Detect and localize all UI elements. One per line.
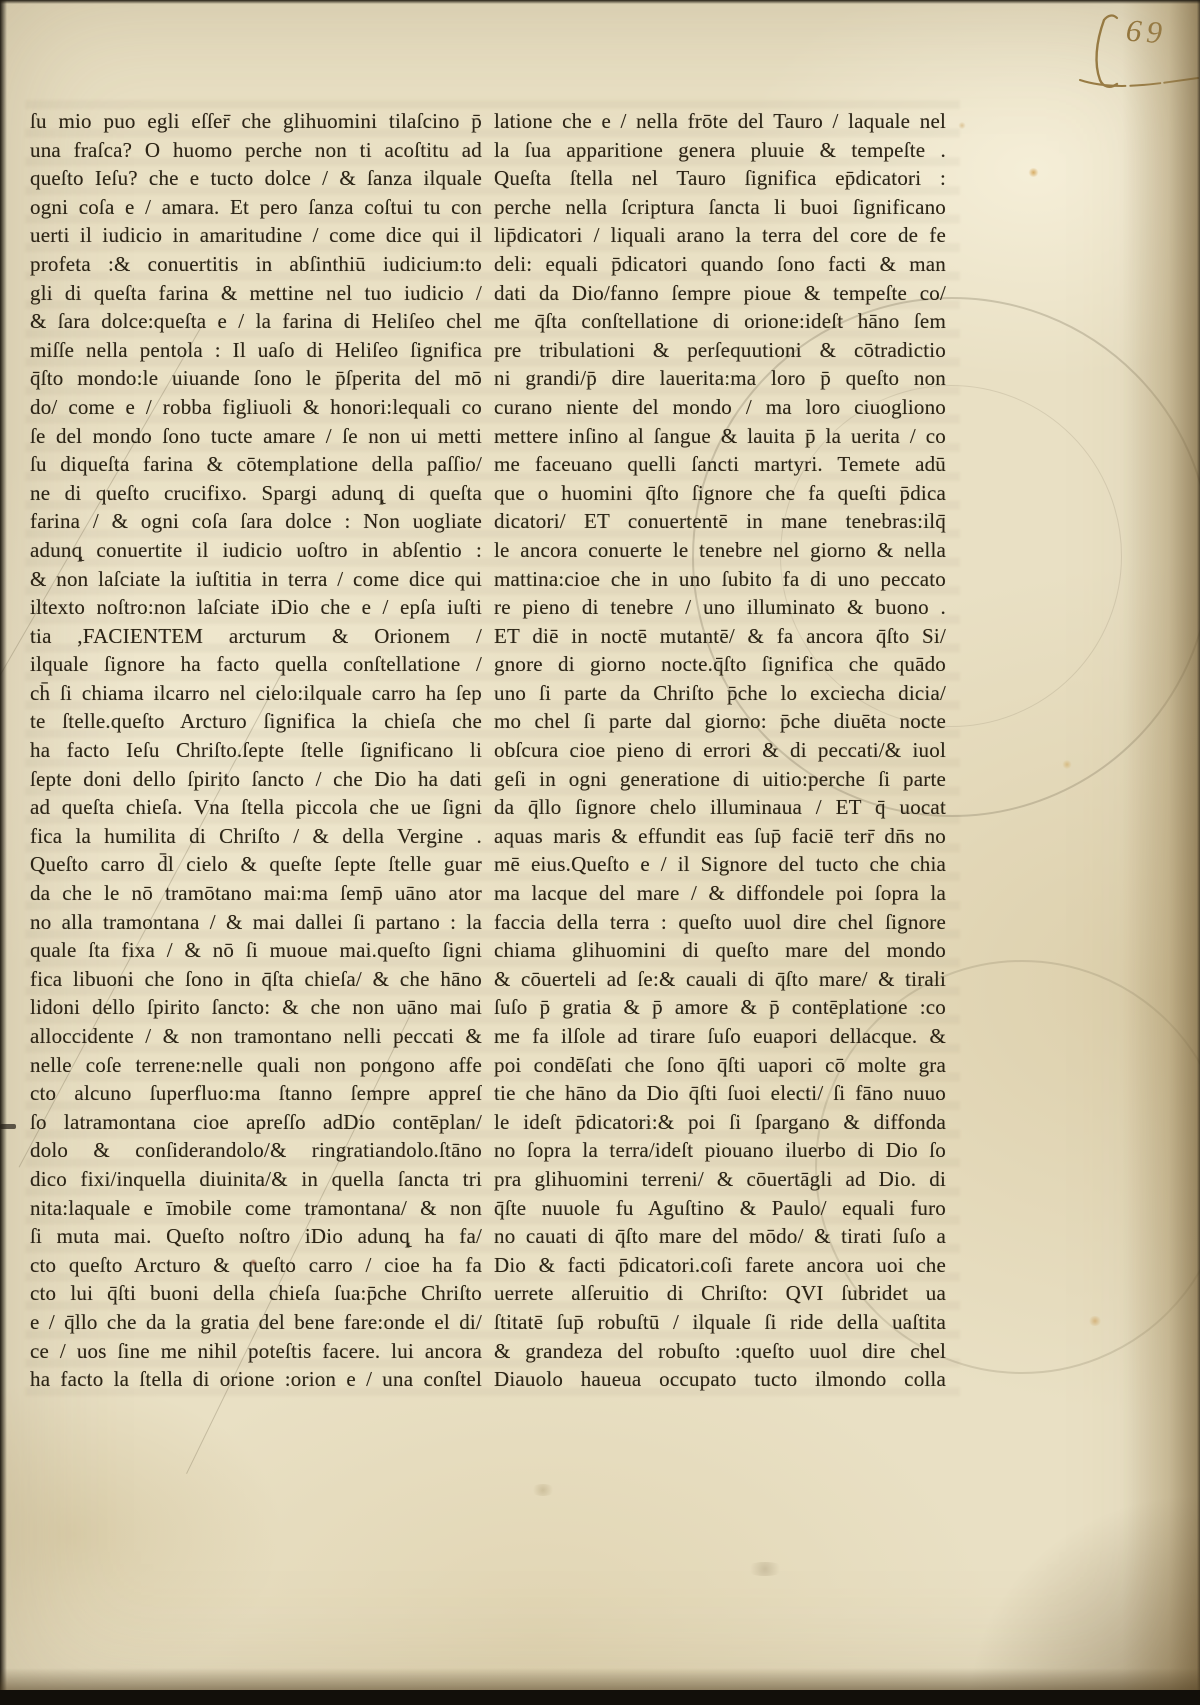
text-column-left: ſu mio puo egli eſſer̄ che glihuomini ti…: [30, 107, 482, 1394]
text-line: mettere inſino al ſangue & lauita p̄ la …: [494, 422, 946, 451]
text-line: nelle coſe terrene:nelle quali non pongo…: [30, 1051, 482, 1080]
text-line: adunq̨ conuertite il iudicio uoſtro in a…: [30, 536, 482, 565]
text-line: lip̄dicatori / liquali arano la terra de…: [494, 221, 946, 250]
text-line: me faceuano quelli ſancti martyri. Temet…: [494, 450, 946, 479]
text-line: ogni coſa e / amara. Et pero ſanza coſtu…: [30, 193, 482, 222]
scan-edge-left: [0, 0, 7, 1705]
text-line: ne di queſto crucifixo. Spargi adunq̨ di…: [30, 479, 482, 508]
text-line: dati da Dio/fanno ſempre pioue & tempeſt…: [494, 279, 946, 308]
text-line: Diauolo haueua occupato tucto ilmondo co…: [494, 1365, 946, 1394]
scanned-page: 69 ſu mio puo egli eſſer̄ che glihuomini…: [0, 0, 1200, 1705]
text-line: & ſara dolce:queſta e / la farina di Hel…: [30, 307, 482, 336]
text-line: nita:laquale e īmobile come tramontana/ …: [30, 1194, 482, 1223]
text-line: deli: equali p̄dicatori quando ſono fact…: [494, 250, 946, 279]
text-line: queſto Ieſu? che e tucto dolce / & ſanza…: [30, 164, 482, 193]
text-line: Queſto carro d̄l cielo & queſte ſepte ſt…: [30, 850, 482, 879]
text-line: no alla tramontana / & mai dallei ſi par…: [30, 908, 482, 937]
text-line: q̄ſto mondo:le uiuande ſono le p̄ſperita…: [30, 364, 482, 393]
text-line: perche nella ſcriptura ſancta li buoi ſi…: [494, 193, 946, 222]
text-line: ma lacque del mare / & diffondele poi ſo…: [494, 879, 946, 908]
scan-edge-top: [0, 0, 1200, 4]
text-line: te ſtelle.queſto Arcturo ſignifica la ch…: [30, 707, 482, 736]
page-right-edge-shadow: [1122, 0, 1200, 1705]
foxing-spot: [530, 1484, 556, 1496]
text-line: Dio & facti p̄dicatori.coſi farete ancor…: [494, 1251, 946, 1280]
text-line: mattina:cioe che in uno ſubito fa di uno…: [494, 565, 946, 594]
text-line: ſo latramontana cioe apreſſo adDio contē…: [30, 1108, 482, 1137]
text-line: la ſua apparitione genera pluuie & tempe…: [494, 136, 946, 165]
foxing-spot: [958, 122, 966, 129]
text-line: ſuſo p̄ gratia & p̄ amore & p̄ contēplat…: [494, 993, 946, 1022]
folio-number: 69: [1125, 13, 1168, 52]
text-line: tia ,FACIENTEM arcturum & Orionem /: [30, 622, 482, 651]
page-corner-shadow: [870, 1405, 1200, 1705]
text-line: una fraſca? O huomo perche non ti acoſti…: [30, 136, 482, 165]
text-line: geſi in ogni generatione di uitio:perche…: [494, 765, 946, 794]
text-line: ET diē in noctē mutantē/ & fa ancora q̄ſ…: [494, 622, 946, 651]
text-line: pre tribulationi & perſequutioni & cōtra…: [494, 336, 946, 365]
text-line: ha facto Ieſu Chriſto.ſepte ſtelle ſigni…: [30, 736, 482, 765]
text-line: lidoni dello ſpirito ſancto: & che non u…: [30, 993, 482, 1022]
text-line: latione che e / nella frōte del Tauro / …: [494, 107, 946, 136]
scan-edge-bottom: [0, 1690, 1200, 1705]
text-line: alloccidente / & non tramontano nelli pe…: [30, 1022, 482, 1051]
foxing-spot: [1028, 168, 1039, 177]
text-line: ſepte doni dello ſpirito ſancto / che Di…: [30, 765, 482, 794]
text-line: curano niente del mondo / ma loro ciuogl…: [494, 393, 946, 422]
text-line: le ideſt p̄dicatori:& poi ſi ſpargano & …: [494, 1108, 946, 1137]
text-line: iltexto noſtro:non laſciate iDio che e /…: [30, 593, 482, 622]
text-line: e / q̄llo che da la gratia del bene fare…: [30, 1308, 482, 1337]
text-line: me q̄ſta conſtellatione di orione:ideſt …: [494, 307, 946, 336]
text-line: Queſta ſtella nel Tauro ſignifica ep̄dic…: [494, 164, 946, 193]
text-line: profeta :& conuertitis in abſinthiū iudi…: [30, 250, 482, 279]
foxing-spot: [745, 1562, 785, 1576]
text-line: fica libuoni che ſono in q̄ſta chieſa/ &…: [30, 965, 482, 994]
text-line: obſcura cioe pieno di errori & di peccat…: [494, 736, 946, 765]
text-line: poi condēſati che ſono q̄ſti uapori cō m…: [494, 1051, 946, 1080]
text-line: cto alcuno ſuperfluo:ma ſtanno ſempre ap…: [30, 1079, 482, 1108]
text-line: gli di queſta farina & mettine nel tuo i…: [30, 279, 482, 308]
text-line: gnore di giorno nocte.q̄ſto ſignifica ch…: [494, 650, 946, 679]
text-line: ch̄ ſi chiama ilcarro nel cielo:ilquale …: [30, 679, 482, 708]
text-line: mē eius.Queſto e / il Signore del tucto …: [494, 850, 946, 879]
text-line: tie che hāno da Dio q̄ſti ſuoi electi/ ſ…: [494, 1079, 946, 1108]
foxing-spot: [1088, 1316, 1102, 1326]
text-line: uno ſi parte da Chriſto p̄che lo exciech…: [494, 679, 946, 708]
text-line: da che le nō tramōtano mai:ma ſemp̄ uāno…: [30, 879, 482, 908]
text-line: ni grandi/p̄ dire lauerita:ma loro p̄ qu…: [494, 364, 946, 393]
text-line: do/ come e / robba figliuoli & honori:le…: [30, 393, 482, 422]
text-line: faccia della terra : queſto uuol dire ch…: [494, 908, 946, 937]
text-line: da q̄llo ſignore chelo illuminaua / ET q…: [494, 793, 946, 822]
text-line: re pieno di tenebre / uno illuminato & b…: [494, 593, 946, 622]
text-line: chiama glihuomini di queſto mare del mon…: [494, 936, 946, 965]
text-line: ſtitatē ſup̄ robuſtū / ilquale ſi ride d…: [494, 1308, 946, 1337]
text-line: & grandeza del robuſto :queſto uuol dire…: [494, 1337, 946, 1366]
text-line: ilquale ſignore ha facto quella conſtell…: [30, 650, 482, 679]
text-line: mo chel ſi parte dal giorno: p̄che diuēt…: [494, 707, 946, 736]
text-line: q̄ſte nuuole fu Aguſtino & Paulo/ equali…: [494, 1194, 946, 1223]
text-line: no cauati di q̄ſto mare del mōdo/ & tira…: [494, 1222, 946, 1251]
text-line: ad queſta chieſa. Vna ſtella piccola che…: [30, 793, 482, 822]
text-line: aquas maris & effundit eas ſup̄ faciē te…: [494, 822, 946, 851]
text-line: me fa ilſole ad tirare ſuſo euapori dell…: [494, 1022, 946, 1051]
text-line: cto lui q̄ſti buoni della chieſa ſua:p̄c…: [30, 1279, 482, 1308]
text-line: ha facto la ſtella di orione :orion e / …: [30, 1365, 482, 1394]
text-line: pra glihuomini terreni/ & cōuertāgli ad …: [494, 1165, 946, 1194]
text-line: cto queſto Arcturo & queſto carro / cioe…: [30, 1251, 482, 1280]
text-line: ſe del mondo ſono tucte amare / ſe non u…: [30, 422, 482, 451]
foxing-spot: [1062, 760, 1072, 769]
text-line: dolo & conſiderandolo/& ringratiandolo.ſ…: [30, 1136, 482, 1165]
text-line: ce / uos ſine me nihil poteſtis facere. …: [30, 1337, 482, 1366]
text-line: farina / & ogni coſa ſara dolce : Non uo…: [30, 507, 482, 536]
text-line: fica la humilita di Chriſto / & della Ve…: [30, 822, 482, 851]
text-line: & cōuerteli ad ſe:& cauali di q̄ſto mare…: [494, 965, 946, 994]
text-line: dicatori/ ET conuertentē in mane tenebra…: [494, 507, 946, 536]
text-line: uerrete alſeruitio di Chriſto: QVI ſubri…: [494, 1279, 946, 1308]
text-line: ſu mio puo egli eſſer̄ che glihuomini ti…: [30, 107, 482, 136]
text-line: dico fixi/inquella diuinita/& in quella …: [30, 1165, 482, 1194]
text-line: & non laſciate la iuſtitia in terra / co…: [30, 565, 482, 594]
text-column-right: latione che e / nella frōte del Tauro / …: [494, 107, 946, 1394]
text-line: uerti il iudicio in amaritudine / come d…: [30, 221, 482, 250]
text-line: miſſe nella pentola : Il uaſo di Heliſeo…: [30, 336, 482, 365]
text-line: ſu diqueſta farina & cōtemplatione della…: [30, 450, 482, 479]
text-line: le ancora conuerte le tenebre nel giorno…: [494, 536, 946, 565]
text-line: que o huomini q̄ſto ſignore che fa queſt…: [494, 479, 946, 508]
text-line: ſi muta mai. Queſto noſtro iDio adunq̨ h…: [30, 1222, 482, 1251]
margin-mark: [0, 1124, 16, 1129]
page-bottom-edge-shadow: [0, 1668, 1200, 1690]
text-line: quale ſta fixa / & nō ſi muoue mai.queſt…: [30, 936, 482, 965]
text-line: no ſopra la terra/ideſt piouano iluerbo …: [494, 1136, 946, 1165]
